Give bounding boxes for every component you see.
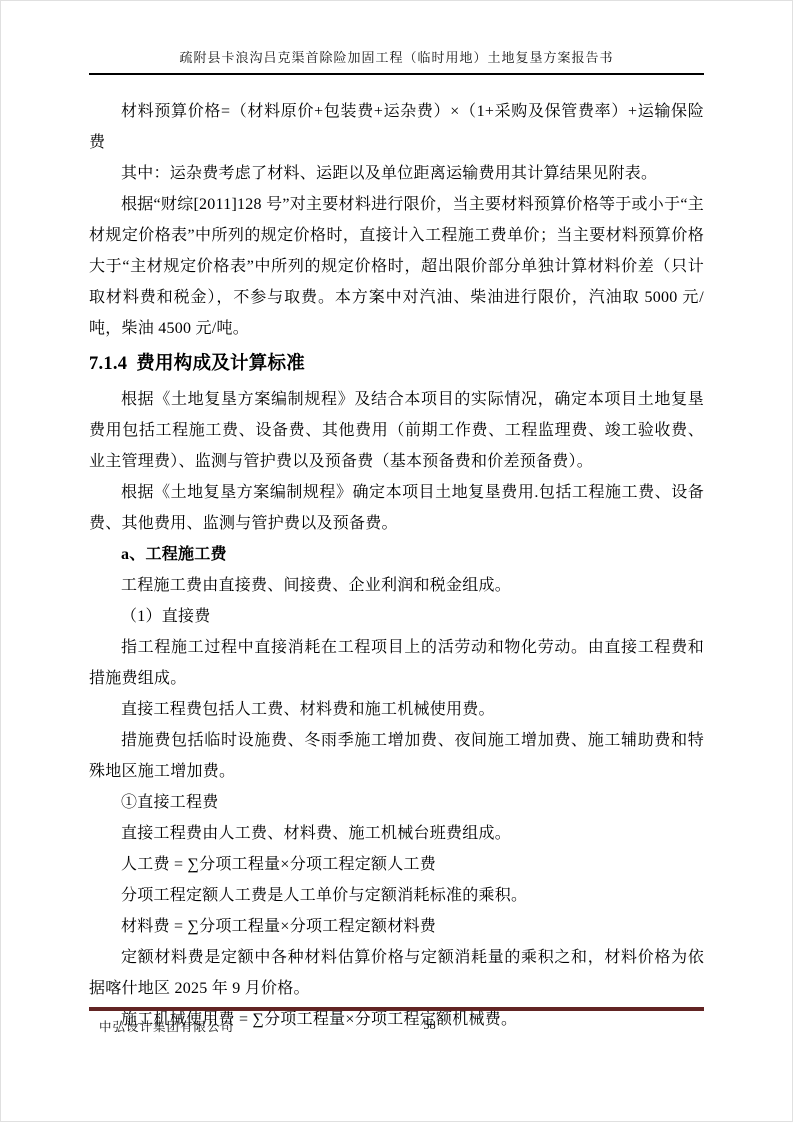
section-title: 费用构成及计算标准 [136,352,305,373]
paragraph: 指工程施工过程中直接消耗在工程项目上的活劳动和物化劳动。由直接工程费和措施费组成… [89,632,704,694]
paragraph: 根据《土地复垦方案编制规程》及结合本项目的实际情况，确定本项目土地复垦费用包括工… [89,384,704,477]
paragraph: 材料费 = ∑分项工程量×分项工程定额材料费 [89,911,704,942]
section-heading: 7.1.4费用构成及计算标准 [89,347,704,380]
paragraph: 人工费 = ∑分项工程量×分项工程定额人工费 [89,849,704,880]
paragraph: a、工程施工费 [89,539,704,570]
page-header: 疏附县卡浪沟吕克渠首除险加固工程（临时用地）土地复垦方案报告书 [89,1,704,75]
footer-row: 中弘设计集团有限公司 58 [89,1017,704,1037]
section-number: 7.1.4 [89,354,127,374]
page-number: 58 [423,1018,436,1033]
paragraph: 定额材料费是定额中各种材料估算价格与定额消耗量的乘积之和，材料价格为依据喀什地区… [89,942,704,1004]
paragraph: 材料预算价格=（材料原价+包装费+运杂费）×（1+采购及保管费率）+运输保险费 [89,96,704,158]
paragraph: 措施费包括临时设施费、冬雨季施工增加费、夜间施工增加费、施工辅助费和特殊地区施工… [89,725,704,787]
paragraph: 分项工程定额人工费是人工单价与定额消耗标准的乘积。 [89,880,704,911]
document-body: 材料预算价格=（材料原价+包装费+运杂费）×（1+采购及保管费率）+运输保险费其… [89,73,704,1035]
paragraph: 根据《土地复垦方案编制规程》确定本项目土地复垦费用.包括工程施工费、设备费、其他… [89,477,704,539]
paragraph: （1）直接费 [89,601,704,632]
paragraph: 工程施工费由直接费、间接费、企业利润和税金组成。 [89,570,704,601]
paragraph: 根据“财综[2011]128 号”对主要材料进行限价，当主要材料预算价格等于或小… [89,189,704,344]
paragraph: 直接工程费由人工费、材料费、施工机械台班费组成。 [89,818,704,849]
document-page: 疏附县卡浪沟吕克渠首除险加固工程（临时用地）土地复垦方案报告书 材料预算价格=（… [0,0,793,1122]
page-footer: 中弘设计集团有限公司 58 [89,1007,704,1037]
paragraph: 直接工程费包括人工费、材料费和施工机械使用费。 [89,694,704,725]
footer-company: 中弘设计集团有限公司 [99,1017,234,1035]
header-title: 疏附县卡浪沟吕克渠首除险加固工程（临时用地）土地复垦方案报告书 [89,47,704,66]
paragraph: ①直接工程费 [89,787,704,818]
footer-divider [89,1007,704,1011]
paragraph: 其中：运杂费考虑了材料、运距以及单位距离运输费用其计算结果见附表。 [89,158,704,189]
